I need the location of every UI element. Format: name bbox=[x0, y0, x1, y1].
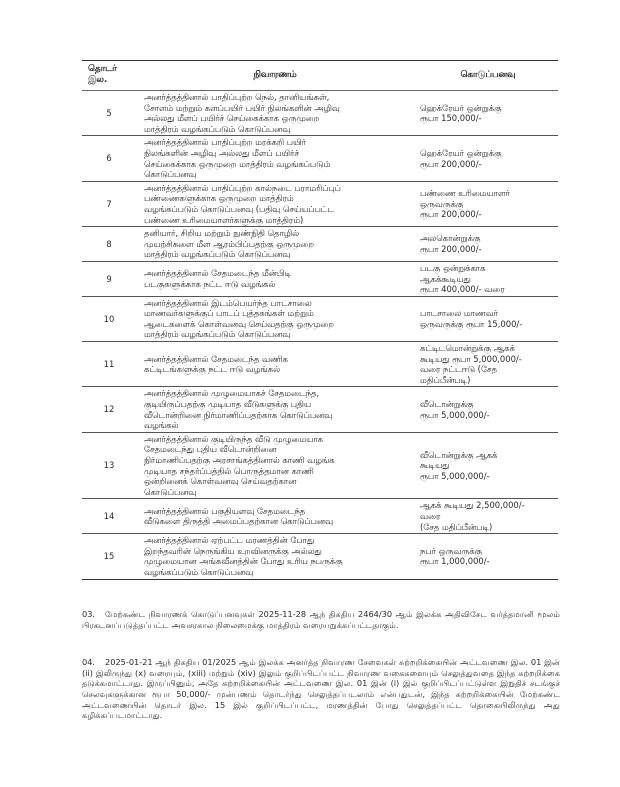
payment-line: ரூபா 200,000/- bbox=[420, 209, 556, 220]
relief-line: குடியிருப்பதற்கு முடியாத வீடுகளுக்கு புத… bbox=[144, 399, 406, 410]
table-row: 5அனர்த்தத்தினால் பாதிப்புற்ற நெல், தானிய… bbox=[82, 91, 558, 136]
payment-line: ரூபா 150,000/- bbox=[420, 113, 556, 124]
payment-line: (சேத மதிப்பீன்படி) bbox=[420, 522, 556, 533]
relief-line: நிர்மாணிப்பதற்கு அரசாங்கத்தினால் காணி வழ… bbox=[144, 455, 406, 466]
relief-line: சேதமடைந்து புதிய வீடொன்றினை bbox=[144, 444, 406, 455]
table-row: 15அனர்த்தத்தினால் ஏற்பட்ட மரணத்தின் போது… bbox=[82, 534, 558, 579]
paragraph-text: 2025-01-21 ஆந் திகதிய 01/2025 ஆம் இலக்க … bbox=[82, 657, 560, 720]
relief-line: அனர்த்தத்தினால் முழுமையாகச் சேதமடைந்த, bbox=[144, 388, 406, 399]
relief-line: பண்ணை உரிமையாளர்களுக்கு மாத்திரம்) bbox=[144, 215, 406, 226]
row-relief-description: அனர்த்தத்தினால் சேதமடைந்த மீன்பிடிபடகுகள… bbox=[136, 261, 408, 296]
payment-line: வீடொன்றுக்கு bbox=[420, 399, 556, 410]
payment-line: ஒருவருக்கு bbox=[420, 199, 556, 210]
relief-line: அனர்த்தத்தினால் சேதமடைந்த மீன்பிடி bbox=[144, 268, 406, 279]
payment-line: வரை bbox=[420, 511, 556, 522]
relief-line: செய்கைக்காக ஒருமுறை மாத்திரம் வழங்கப்படு… bbox=[144, 159, 406, 170]
payment-line: அலகொன்றுக்கு bbox=[420, 233, 556, 244]
payment-line: கட்டிடமொன்றுக்கு ஆகக் bbox=[420, 343, 556, 354]
relief-payments-table: தொடர் இல. நிவாரணம் கொடுப்பனவு 5அனர்த்தத்… bbox=[82, 60, 558, 580]
relief-line: மாணவர்களுக்குப் பாடப் புத்தகங்கள் மற்றும… bbox=[144, 308, 406, 319]
payment-line: ஹெக்ரேயர் ஒன்றுக்கு bbox=[420, 103, 556, 114]
relief-line: மாத்திரம் வழங்கப்படும் கொடுப்பனவு bbox=[144, 329, 406, 340]
relief-line: மாத்திரம் வழங்கப்படும் கொடுப்பனவு bbox=[144, 124, 406, 135]
row-relief-description: அனர்த்தத்தினால் பாதிப்புற்ற கால்நடை பராம… bbox=[136, 181, 408, 226]
row-payment-amount: ஹெக்ரேயர் ஒன்றுக்குரூபா 150,000/- bbox=[408, 91, 558, 136]
payment-line: மதிப்பீன்படி) bbox=[420, 375, 556, 386]
payment-line: கூடியது bbox=[420, 460, 556, 471]
row-payment-amount: பாடசாலை மாணவர்ஒருவருக்கு ரூபா 15,000/- bbox=[408, 296, 558, 341]
row-payment-amount: ஆகக் கூடியது 2,500,000/-வரை(சேத மதிப்பீன… bbox=[408, 499, 558, 534]
relief-line: நிலங்களின் அழிவு அல்லது மீளப் பயிர்ச் bbox=[144, 148, 406, 159]
header-relief: நிவாரணம் bbox=[136, 61, 408, 91]
relief-line: அனர்த்தத்தினால் பகுதியளவு சேதமடைந்த bbox=[144, 506, 406, 517]
relief-line: பண்ணைகளுக்காக ஒருமுறை மாத்திரம் bbox=[144, 193, 406, 204]
relief-line: முடியாத சந்தர்ப்பத்தில் பொருத்தமான காணி bbox=[144, 466, 406, 477]
payment-line: ரூபா 200,000/- bbox=[420, 244, 556, 255]
paragraph-number: 04. bbox=[82, 657, 95, 667]
table-row: 8தனியார், சிறிய மற்றும் நுண்நிதி தொழில்ம… bbox=[82, 227, 558, 262]
payment-line: பாடசாலை மாணவர் bbox=[420, 308, 556, 319]
row-serial-number: 14 bbox=[82, 499, 136, 534]
relief-line: அனர்த்தத்தினால் இடம்பெயர்ந்த பாடசாலை bbox=[144, 298, 406, 309]
header-serial-number: தொடர் இல. bbox=[82, 61, 136, 91]
row-payment-amount: ஹெக்ரேயர் ஒன்றுக்குரூபா 200,000/- bbox=[408, 136, 558, 181]
table-row: 10அனர்த்தத்தினால் இடம்பெயர்ந்த பாடசாலைமா… bbox=[82, 296, 558, 341]
row-serial-number: 5 bbox=[82, 91, 136, 136]
row-payment-amount: கட்டிடமொன்றுக்கு ஆகக்கூடியது ரூபா 5,000,… bbox=[408, 342, 558, 387]
table-body: 5அனர்த்தத்தினால் பாதிப்புற்ற நெல், தானிய… bbox=[82, 91, 558, 580]
payment-line: ரூபா 400,000/- வரை bbox=[420, 284, 556, 295]
payment-line: ரூபா 5,000,000/- bbox=[420, 471, 556, 482]
relief-line: ஒன்றினைக் கொள்வனவு செய்வதற்கான bbox=[144, 476, 406, 487]
relief-line: கட்டிடங்களுக்கு நட்ட ஈடு வழங்கல் bbox=[144, 364, 406, 375]
table-header-row: தொடர் இல. நிவாரணம் கொடுப்பனவு bbox=[82, 61, 558, 91]
row-serial-number: 6 bbox=[82, 136, 136, 181]
table-row: 7அனர்த்தத்தினால் பாதிப்புற்ற கால்நடை பரா… bbox=[82, 181, 558, 226]
table-row: 14அனர்த்தத்தினால் பகுதியளவு சேதமடைந்தவீட… bbox=[82, 499, 558, 534]
payment-line: ஒருவருக்கு ரூபா 15,000/- bbox=[420, 319, 556, 330]
relief-line: வழங்கல் bbox=[144, 420, 406, 431]
relief-line: கொடுப்பனவு bbox=[144, 487, 406, 498]
payment-line: வீடொன்றுக்கு ஆகக் bbox=[420, 450, 556, 461]
payment-line: நபர் ஒருவருக்கு bbox=[420, 546, 556, 557]
row-serial-number: 11 bbox=[82, 342, 136, 387]
relief-line: தனியார், சிறிய மற்றும் நுண்நிதி தொழில் bbox=[144, 228, 406, 239]
row-serial-number: 12 bbox=[82, 387, 136, 432]
relief-line: அனர்த்தத்தினால் பாதிப்புற்ற நெல், தானியங… bbox=[144, 92, 406, 103]
paragraph-number: 03. bbox=[82, 609, 95, 619]
document-page: தொடர் இல. நிவாரணம் கொடுப்பனவு 5அனர்த்தத்… bbox=[0, 0, 620, 787]
payment-line: பண்ணை உரிமையாளர் bbox=[420, 188, 556, 199]
row-serial-number: 7 bbox=[82, 181, 136, 226]
row-payment-amount: வீடொன்றுக்குரூபா 5,000,000/- bbox=[408, 387, 558, 432]
row-serial-number: 9 bbox=[82, 261, 136, 296]
row-serial-number: 13 bbox=[82, 432, 136, 499]
relief-line: வழங்கப்படும் கொடுப்பனவு (பதிவு செய்யப்பட… bbox=[144, 204, 406, 215]
payment-line: வரை நட்டஈடு (சேத bbox=[420, 364, 556, 375]
payment-line: படகு ஒன்றுக்காக bbox=[420, 263, 556, 274]
payment-line: ரூபா 5,000,000/- bbox=[420, 410, 556, 421]
relief-line: இறந்தவரின் நெருங்கிய உறவினருக்கு அல்லது bbox=[144, 546, 406, 557]
payment-line: ஹெக்ரேயர் ஒன்றுக்கு bbox=[420, 148, 556, 159]
payment-line: கூடியது ரூபா 5,000,000/- bbox=[420, 354, 556, 365]
row-relief-description: அனர்த்தத்தினால் பாதிப்புற்ற நெல், தானியங… bbox=[136, 91, 408, 136]
relief-line: அனர்த்தத்தினால் குடியிருந்த வீடு முழுமைய… bbox=[144, 434, 406, 445]
relief-line: அனர்த்தத்தினால் சேதமடைந்த வணிக bbox=[144, 354, 406, 365]
relief-line: அல்லது மீளப் பயிர்ச் செய்கைக்காக ஒருமுறை bbox=[144, 113, 406, 124]
paragraph-04: 04.2025-01-21 ஆந் திகதிய 01/2025 ஆம் இலக… bbox=[82, 657, 560, 721]
row-relief-description: அனர்த்தத்தினால் குடியிருந்த வீடு முழுமைய… bbox=[136, 432, 408, 499]
row-relief-description: அனர்த்தத்தினால் முழுமையாகச் சேதமடைந்த,கு… bbox=[136, 387, 408, 432]
paragraph-text: மேற்கண்ட நிவாரணக் கொடுப்பனவுகள் 2025-11-… bbox=[82, 609, 560, 630]
relief-line: வீடுகளை திருத்தி அமைப்பதற்கான கொடுப்பனவு bbox=[144, 516, 406, 527]
relief-line: அனர்த்தத்தினால் ஏற்பட்ட மரணத்தின் போது bbox=[144, 535, 406, 546]
relief-line: முழுமையான அங்கவீனத்தின் போது உரிய நபருக்… bbox=[144, 556, 406, 567]
table-row: 6அனர்த்தத்தினால் பாதிப்புற்ற மரக்கறி பயி… bbox=[82, 136, 558, 181]
row-relief-description: அனர்த்தத்தினால் பகுதியளவு சேதமடைந்தவீடுக… bbox=[136, 499, 408, 534]
table-row: 11அனர்த்தத்தினால் சேதமடைந்த வணிககட்டிடங்… bbox=[82, 342, 558, 387]
row-serial-number: 8 bbox=[82, 227, 136, 262]
relief-line: மாத்திரம் வழங்கப்படும் கொடுப்பனவு bbox=[144, 249, 406, 260]
row-relief-description: அனர்த்தத்தினால் பாதிப்புற்ற மரக்கறி பயிர… bbox=[136, 136, 408, 181]
relief-line: சோளம் மற்றும் களப்பயிர் பயிர் நிலங்களின்… bbox=[144, 103, 406, 114]
row-payment-amount: வீடொன்றுக்கு ஆகக்கூடியதுரூபா 5,000,000/- bbox=[408, 432, 558, 499]
row-serial-number: 15 bbox=[82, 534, 136, 579]
row-serial-number: 10 bbox=[82, 296, 136, 341]
relief-line: அனர்த்தத்தினால் பாதிப்புற்ற மரக்கறி பயிர… bbox=[144, 137, 406, 148]
payment-line: ரூபா 1,000,000/- bbox=[420, 556, 556, 567]
payment-line: ஆகக்கூடியது bbox=[420, 274, 556, 285]
table-row: 12அனர்த்தத்தினால் முழுமையாகச் சேதமடைந்த,… bbox=[82, 387, 558, 432]
relief-line: ஆடைகளைக் கொள்வனவு செய்வதற்கு ஒருமுறை bbox=[144, 319, 406, 330]
table-row: 9அனர்த்தத்தினால் சேதமடைந்த மீன்பிடிபடகுக… bbox=[82, 261, 558, 296]
relief-line: வீடொன்றினை நிர்மாணிப்பதற்காக கொடுப்பனவு bbox=[144, 410, 406, 421]
table-row: 13அனர்த்தத்தினால் குடியிருந்த வீடு முழும… bbox=[82, 432, 558, 499]
relief-line: அனர்த்தத்தினால் பாதிப்புற்ற கால்நடை பராம… bbox=[144, 183, 406, 194]
relief-line: வழங்கப்படும் கொடுப்பனவு bbox=[144, 567, 406, 578]
row-relief-description: அனர்த்தத்தினால் சேதமடைந்த வணிககட்டிடங்கள… bbox=[136, 342, 408, 387]
payment-line: ஆகக் கூடியது 2,500,000/- bbox=[420, 500, 556, 511]
row-relief-description: அனர்த்தத்தினால் ஏற்பட்ட மரணத்தின் போதுஇற… bbox=[136, 534, 408, 579]
relief-line: கொடுப்பனவு bbox=[144, 169, 406, 180]
relief-line: முயற்சிகளை மீள ஆரம்பிப்பதற்கு ஒருமுறை bbox=[144, 239, 406, 250]
row-relief-description: தனியார், சிறிய மற்றும் நுண்நிதி தொழில்மு… bbox=[136, 227, 408, 262]
row-payment-amount: படகு ஒன்றுக்காகஆகக்கூடியதுரூபா 400,000/-… bbox=[408, 261, 558, 296]
header-payment: கொடுப்பனவு bbox=[408, 61, 558, 91]
row-relief-description: அனர்த்தத்தினால் இடம்பெயர்ந்த பாடசாலைமாணவ… bbox=[136, 296, 408, 341]
row-payment-amount: பண்ணை உரிமையாளர்ஒருவருக்குரூபா 200,000/- bbox=[408, 181, 558, 226]
row-payment-amount: அலகொன்றுக்குரூபா 200,000/- bbox=[408, 227, 558, 262]
relief-line: படகுகளுக்காக நட்ட ஈடு வழங்கல் bbox=[144, 279, 406, 290]
payment-line: ரூபா 200,000/- bbox=[420, 159, 556, 170]
row-payment-amount: நபர் ஒருவருக்குரூபா 1,000,000/- bbox=[408, 534, 558, 579]
paragraph-03: 03.மேற்கண்ட நிவாரணக் கொடுப்பனவுகள் 2025-… bbox=[82, 609, 560, 630]
